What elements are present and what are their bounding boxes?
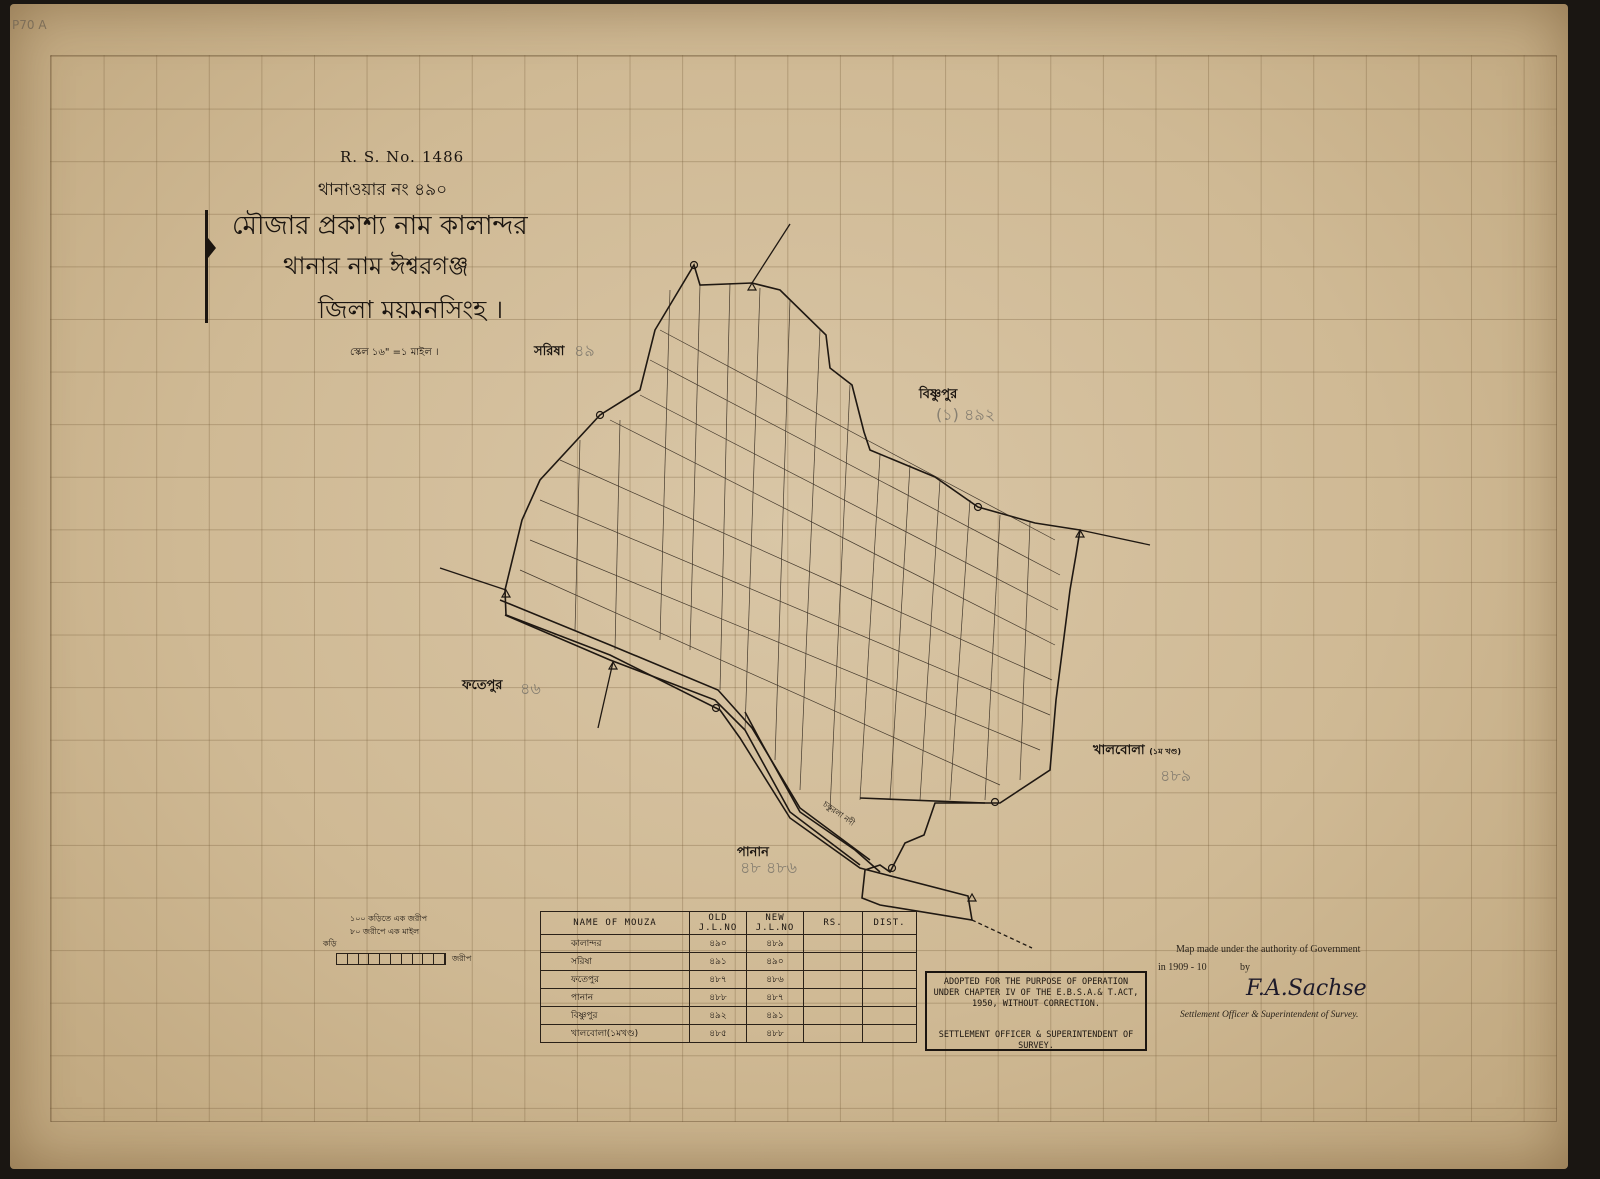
cell-rs — [804, 971, 863, 989]
stamp-line-3: 1950, WITHOUT CORRECTION. — [927, 999, 1145, 1010]
khalbola-suffix: (১ম খণ্ড) — [1149, 747, 1181, 756]
adoption-stamp: ADOPTED FOR THE PURPOSE OF OPERATION UND… — [925, 971, 1147, 1051]
boundary-ray-southwest — [598, 662, 613, 728]
pencil-note-bishnupur: (১) ৪৯২ — [936, 402, 995, 429]
boundary-ray-north — [752, 224, 790, 283]
scale-left-label: কড়ি — [323, 938, 337, 951]
boundary-ray-east — [1080, 530, 1150, 545]
officer-title: Settlement Officer & Superintendent of S… — [1180, 1010, 1358, 1020]
cell-dist — [863, 1025, 917, 1043]
table-header-row: NAME OF MOUZA OLD J.L.NO NEW J.L.NO RS. … — [541, 912, 917, 935]
authority-line: Map made under the authority of Governme… — [1176, 944, 1360, 955]
cell-dist — [863, 953, 917, 971]
cell-name: পানান — [541, 989, 690, 1007]
cell-name: বিষ্ণুপুর — [541, 1007, 690, 1025]
cell-name: ফতেপুর — [541, 971, 690, 989]
neighbour-khalbola: খালবোলা (১ম খণ্ড) — [1093, 741, 1181, 762]
inner-lane — [860, 798, 985, 803]
cell-name: খালবোলা(১মখণ্ড) — [541, 1025, 690, 1043]
cell-old: ৪৯২ — [690, 1007, 747, 1025]
officer-signature: F.A.Sachse — [1246, 976, 1367, 1001]
scale-unit-label: জরীপ — [452, 953, 471, 966]
scale-bar — [336, 953, 446, 965]
scale-legend-line2: ৮০ জরীপে এক মাইল — [350, 926, 419, 939]
cell-dist — [863, 935, 917, 953]
cell-dist — [863, 971, 917, 989]
authority-by: by — [1240, 962, 1250, 973]
scale-legend-line1: ১০০ কড়িতে এক জরীপ — [350, 913, 427, 926]
neighbour-sarisha: সরিষা — [534, 342, 564, 363]
cell-name: কালান্দর — [541, 935, 690, 953]
cell-new: ৪৯১ — [747, 1007, 804, 1025]
cell-rs — [804, 1007, 863, 1025]
cell-rs — [804, 953, 863, 971]
cell-old: ৪৯০ — [690, 935, 747, 953]
cell-rs — [804, 989, 863, 1007]
boundary-ray-south — [972, 920, 1032, 948]
stamp-signature-scribble — [927, 1010, 1145, 1030]
neighbour-fatepur: ফতেপুর — [462, 676, 502, 697]
cell-dist — [863, 1007, 917, 1025]
stamp-line-1: ADOPTED FOR THE PURPOSE OF OPERATION — [927, 977, 1145, 988]
stamp-footer-1: SETTLEMENT OFFICER & SUPERINTENDENT OF — [927, 1030, 1145, 1041]
table-row: সরিষা৪৯১৪৯০ — [541, 953, 917, 971]
pencil-note-khalbola: ৪৮৯ — [1160, 763, 1191, 790]
road-edge — [500, 600, 870, 860]
stamp-line-2: UNDER CHAPTER IV OF THE E.B.S.A.& T.ACT, — [927, 988, 1145, 999]
table-row: পানান৪৮৮৪৮৭ — [541, 989, 917, 1007]
header-dist: DIST. — [863, 912, 917, 935]
cell-old: ৪৮৫ — [690, 1025, 747, 1043]
cell-name: সরিষা — [541, 953, 690, 971]
cell-new: ৪৮৭ — [747, 989, 804, 1007]
cell-rs — [804, 935, 863, 953]
cell-new: ৪৯০ — [747, 953, 804, 971]
pencil-note-fatepur: ৪৬ — [520, 676, 541, 703]
cell-dist — [863, 989, 917, 1007]
table-row: খালবোলা(১মখণ্ড)৪৮৫৪৮৮ — [541, 1025, 917, 1043]
road — [505, 615, 860, 865]
khalbola-name: খালবোলা — [1093, 743, 1145, 758]
table-row: কালান্দর৪৯০৪৮৯ — [541, 935, 917, 953]
cell-old: ৪৯১ — [690, 953, 747, 971]
cell-old: ৪৮৮ — [690, 989, 747, 1007]
table-row: ফতেপুর৪৮৭৪৮৬ — [541, 971, 917, 989]
cell-new: ৪৮৬ — [747, 971, 804, 989]
cell-new: ৪৮৯ — [747, 935, 804, 953]
pencil-note-panan: ৪৮ ৪৮৬ — [740, 855, 797, 882]
cell-new: ৪৮৮ — [747, 1025, 804, 1043]
boundary-ray-west — [440, 568, 506, 590]
table-row: বিষ্ণুপুর৪৯২৪৯১ — [541, 1007, 917, 1025]
cell-rs — [804, 1025, 863, 1043]
stamp-footer-2: SURVEY. — [927, 1041, 1145, 1052]
cell-old: ৪৮৭ — [690, 971, 747, 989]
header-name-of-mouza: NAME OF MOUZA — [541, 912, 690, 935]
authority-years: in 1909 - 10 — [1158, 962, 1207, 973]
mouza-jl-table: NAME OF MOUZA OLD J.L.NO NEW J.L.NO RS. … — [540, 911, 917, 1043]
header-new-jl: NEW J.L.NO — [747, 912, 804, 935]
pencil-note-sarisha: ৪৯ — [574, 338, 595, 365]
header-old-jl: OLD J.L.NO — [690, 912, 747, 935]
header-rs: RS. — [804, 912, 863, 935]
